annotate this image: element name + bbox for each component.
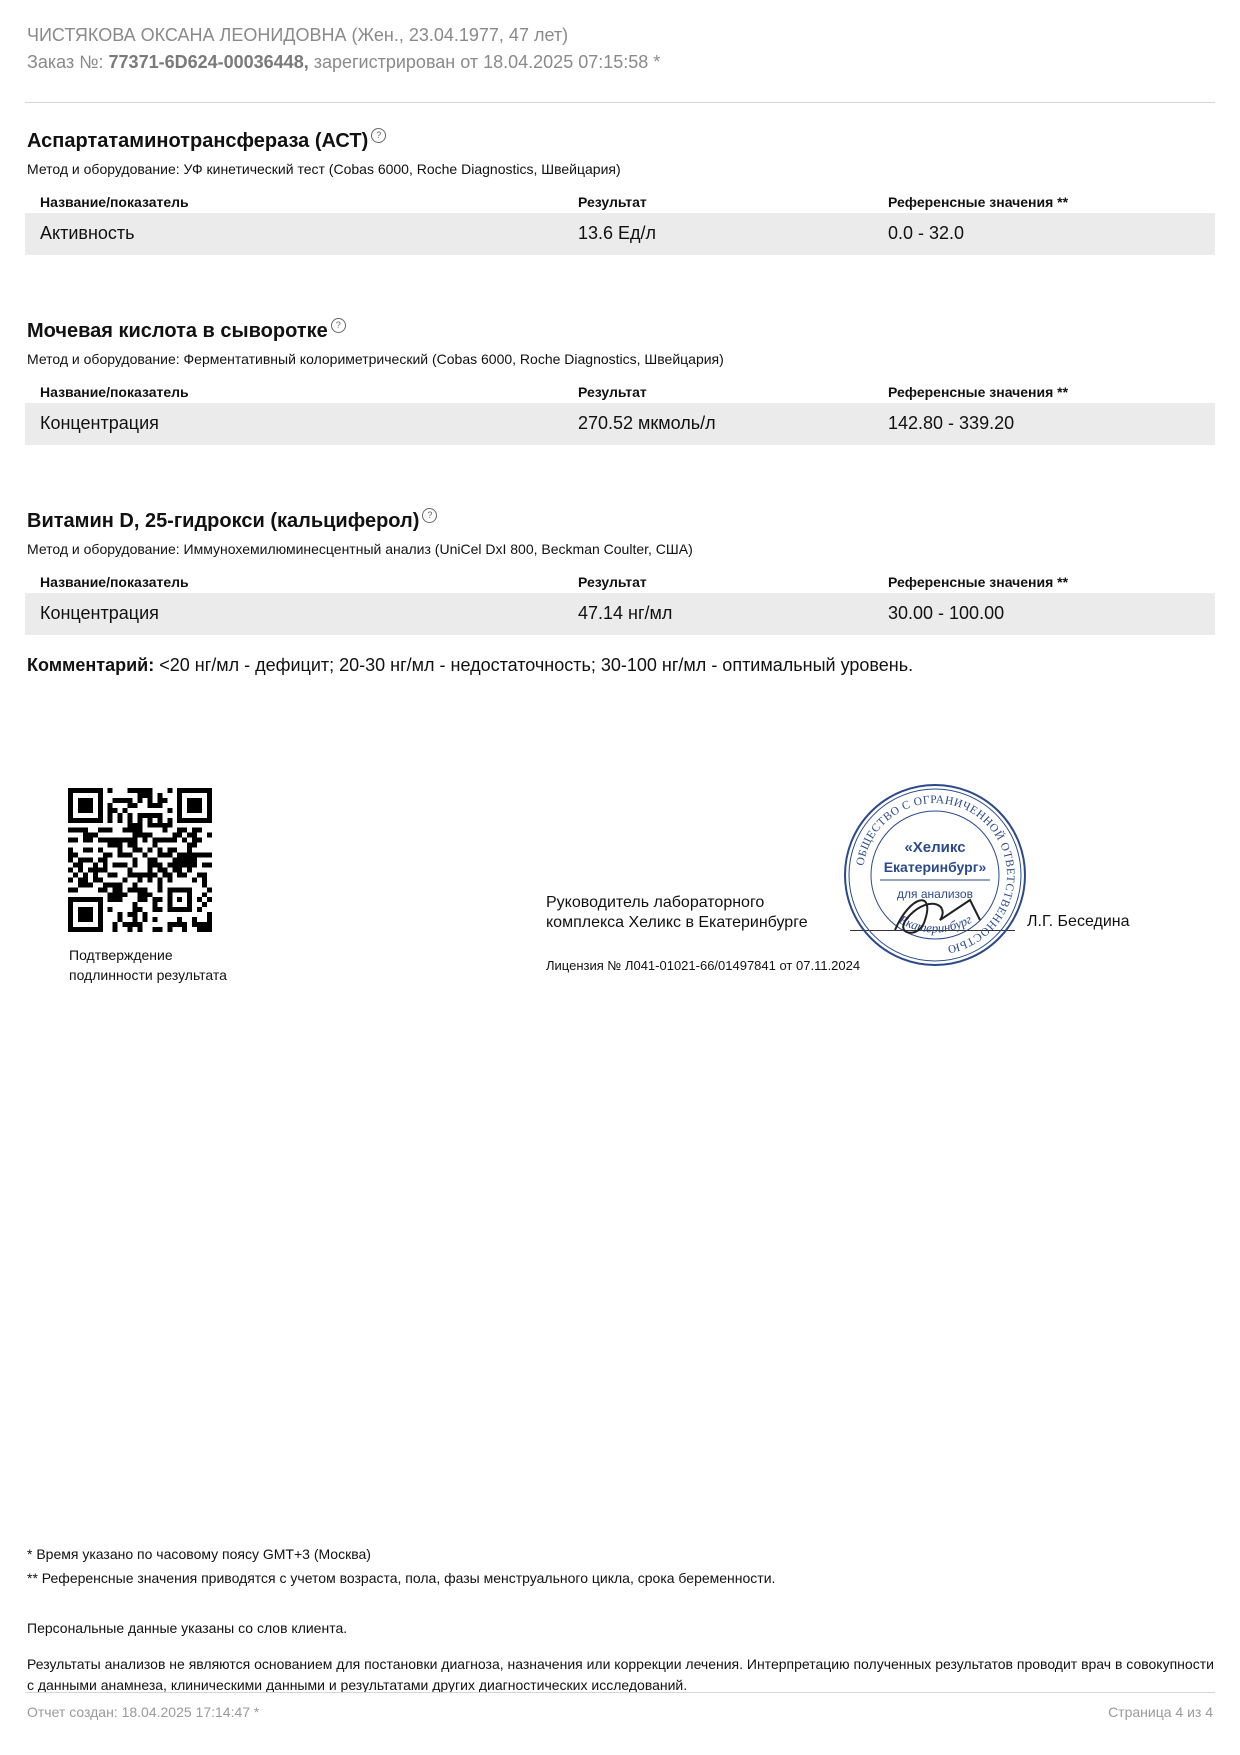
header-divider	[25, 102, 1215, 103]
order-number: 77371-6D624-00036448,	[109, 52, 309, 72]
stamp-icon: ОБЩЕСТВО С ОГРАНИЧЕННОЙ ОТВЕТСТВЕННОСТЬЮ…	[840, 780, 1030, 970]
order-prefix: Заказ №:	[27, 52, 109, 72]
qr-code-icon[interactable]	[68, 788, 212, 932]
col-name-header: Название/показатель	[25, 191, 578, 213]
test-section-vitamin-d: Витамин D, 25-гидрокси (кальциферол)? Ме…	[25, 507, 1215, 635]
row-reference: 0.0 - 32.0	[888, 213, 1208, 255]
test-title: Мочевая кислота в сыворотке?	[27, 317, 1215, 345]
disclaimer: Результаты анализов не являются основани…	[27, 1654, 1217, 1696]
signer-role: Руководитель лабораторного комплекса Хел…	[546, 893, 808, 933]
comment: Комментарий: <20 нг/мл - дефицит; 20-30 …	[27, 655, 913, 676]
col-result-header: Результат	[578, 571, 888, 593]
signer-name: Л.Г. Беседина	[1027, 913, 1130, 931]
test-method: Метод и оборудование: Ферментативный кол…	[27, 351, 1215, 371]
table-row: Концентрация 270.52 мкмоль/л 142.80 - 33…	[25, 403, 1215, 445]
footer-divider	[25, 1692, 1215, 1693]
patient-info: ЧИСТЯКОВА ОКСАНА ЛЕОНИДОВНА (Жен., 23.04…	[27, 25, 568, 46]
table-header: Название/показатель Результат Референсны…	[25, 571, 1215, 593]
qr-caption: Подтверждение подлинности результата	[69, 945, 227, 985]
test-method: Метод и оборудование: УФ кинетический те…	[27, 161, 1215, 181]
stamp-name-2: Екатеринбург»	[884, 859, 987, 875]
row-reference: 30.00 - 100.00	[888, 593, 1208, 635]
footnote-reference: ** Референсные значения приводятся с уче…	[27, 1570, 775, 1586]
table-header: Название/показатель Результат Референсны…	[25, 381, 1215, 403]
table-row: Активность 13.6 Ед/л 0.0 - 32.0	[25, 213, 1215, 255]
report-created: Отчет создан: 18.04.2025 17:14:47 *	[27, 1704, 259, 1720]
row-result: 13.6 Ед/л	[578, 213, 888, 255]
row-reference: 142.80 - 339.20	[888, 403, 1208, 445]
col-reference-header: Референсные значения **	[888, 571, 1208, 593]
row-name: Активность	[25, 213, 578, 255]
test-method: Метод и оборудование: Иммунохемилюминесц…	[27, 541, 1215, 561]
page-number: Страница 4 из 4	[1108, 1704, 1213, 1720]
row-result: 270.52 мкмоль/л	[578, 403, 888, 445]
row-result: 47.14 нг/мл	[578, 593, 888, 635]
row-name: Концентрация	[25, 593, 578, 635]
license: Лицензия № Л041-01021-66/01497841 от 07.…	[546, 958, 860, 973]
table-row: Концентрация 47.14 нг/мл 30.00 - 100.00	[25, 593, 1215, 635]
test-title: Витамин D, 25-гидрокси (кальциферол)?	[27, 507, 1215, 535]
comment-label: Комментарий:	[27, 655, 154, 675]
footnote-time: * Время указано по часовому поясу GMT+3 …	[27, 1546, 371, 1562]
col-name-header: Название/показатель	[25, 381, 578, 403]
col-result-header: Результат	[578, 191, 888, 213]
help-icon[interactable]: ?	[331, 318, 346, 333]
help-icon[interactable]: ?	[371, 128, 386, 143]
test-section-ast: Аспартатаминотрансфераза (АСТ)? Метод и …	[25, 127, 1215, 255]
test-section-uric-acid: Мочевая кислота в сыворотке? Метод и обо…	[25, 317, 1215, 445]
order-info: Заказ №: 77371-6D624-00036448, зарегистр…	[27, 52, 660, 73]
stamp-name-1: «Хеликс	[904, 839, 965, 856]
col-reference-header: Референсные значения **	[888, 381, 1208, 403]
col-name-header: Название/показатель	[25, 571, 578, 593]
order-registered: зарегистрирован от 18.04.2025 07:15:58 *	[309, 52, 661, 72]
row-name: Концентрация	[25, 403, 578, 445]
test-title: Аспартатаминотрансфераза (АСТ)?	[27, 127, 1215, 155]
help-icon[interactable]: ?	[422, 508, 437, 523]
comment-text: <20 нг/мл - дефицит; 20-30 нг/мл - недос…	[154, 655, 913, 675]
footnote-personal: Персональные данные указаны со слов клие…	[27, 1620, 347, 1636]
col-reference-header: Референсные значения **	[888, 191, 1208, 213]
table-header: Название/показатель Результат Референсны…	[25, 191, 1215, 213]
stamp-sub: для анализов	[897, 887, 973, 901]
col-result-header: Результат	[578, 381, 888, 403]
